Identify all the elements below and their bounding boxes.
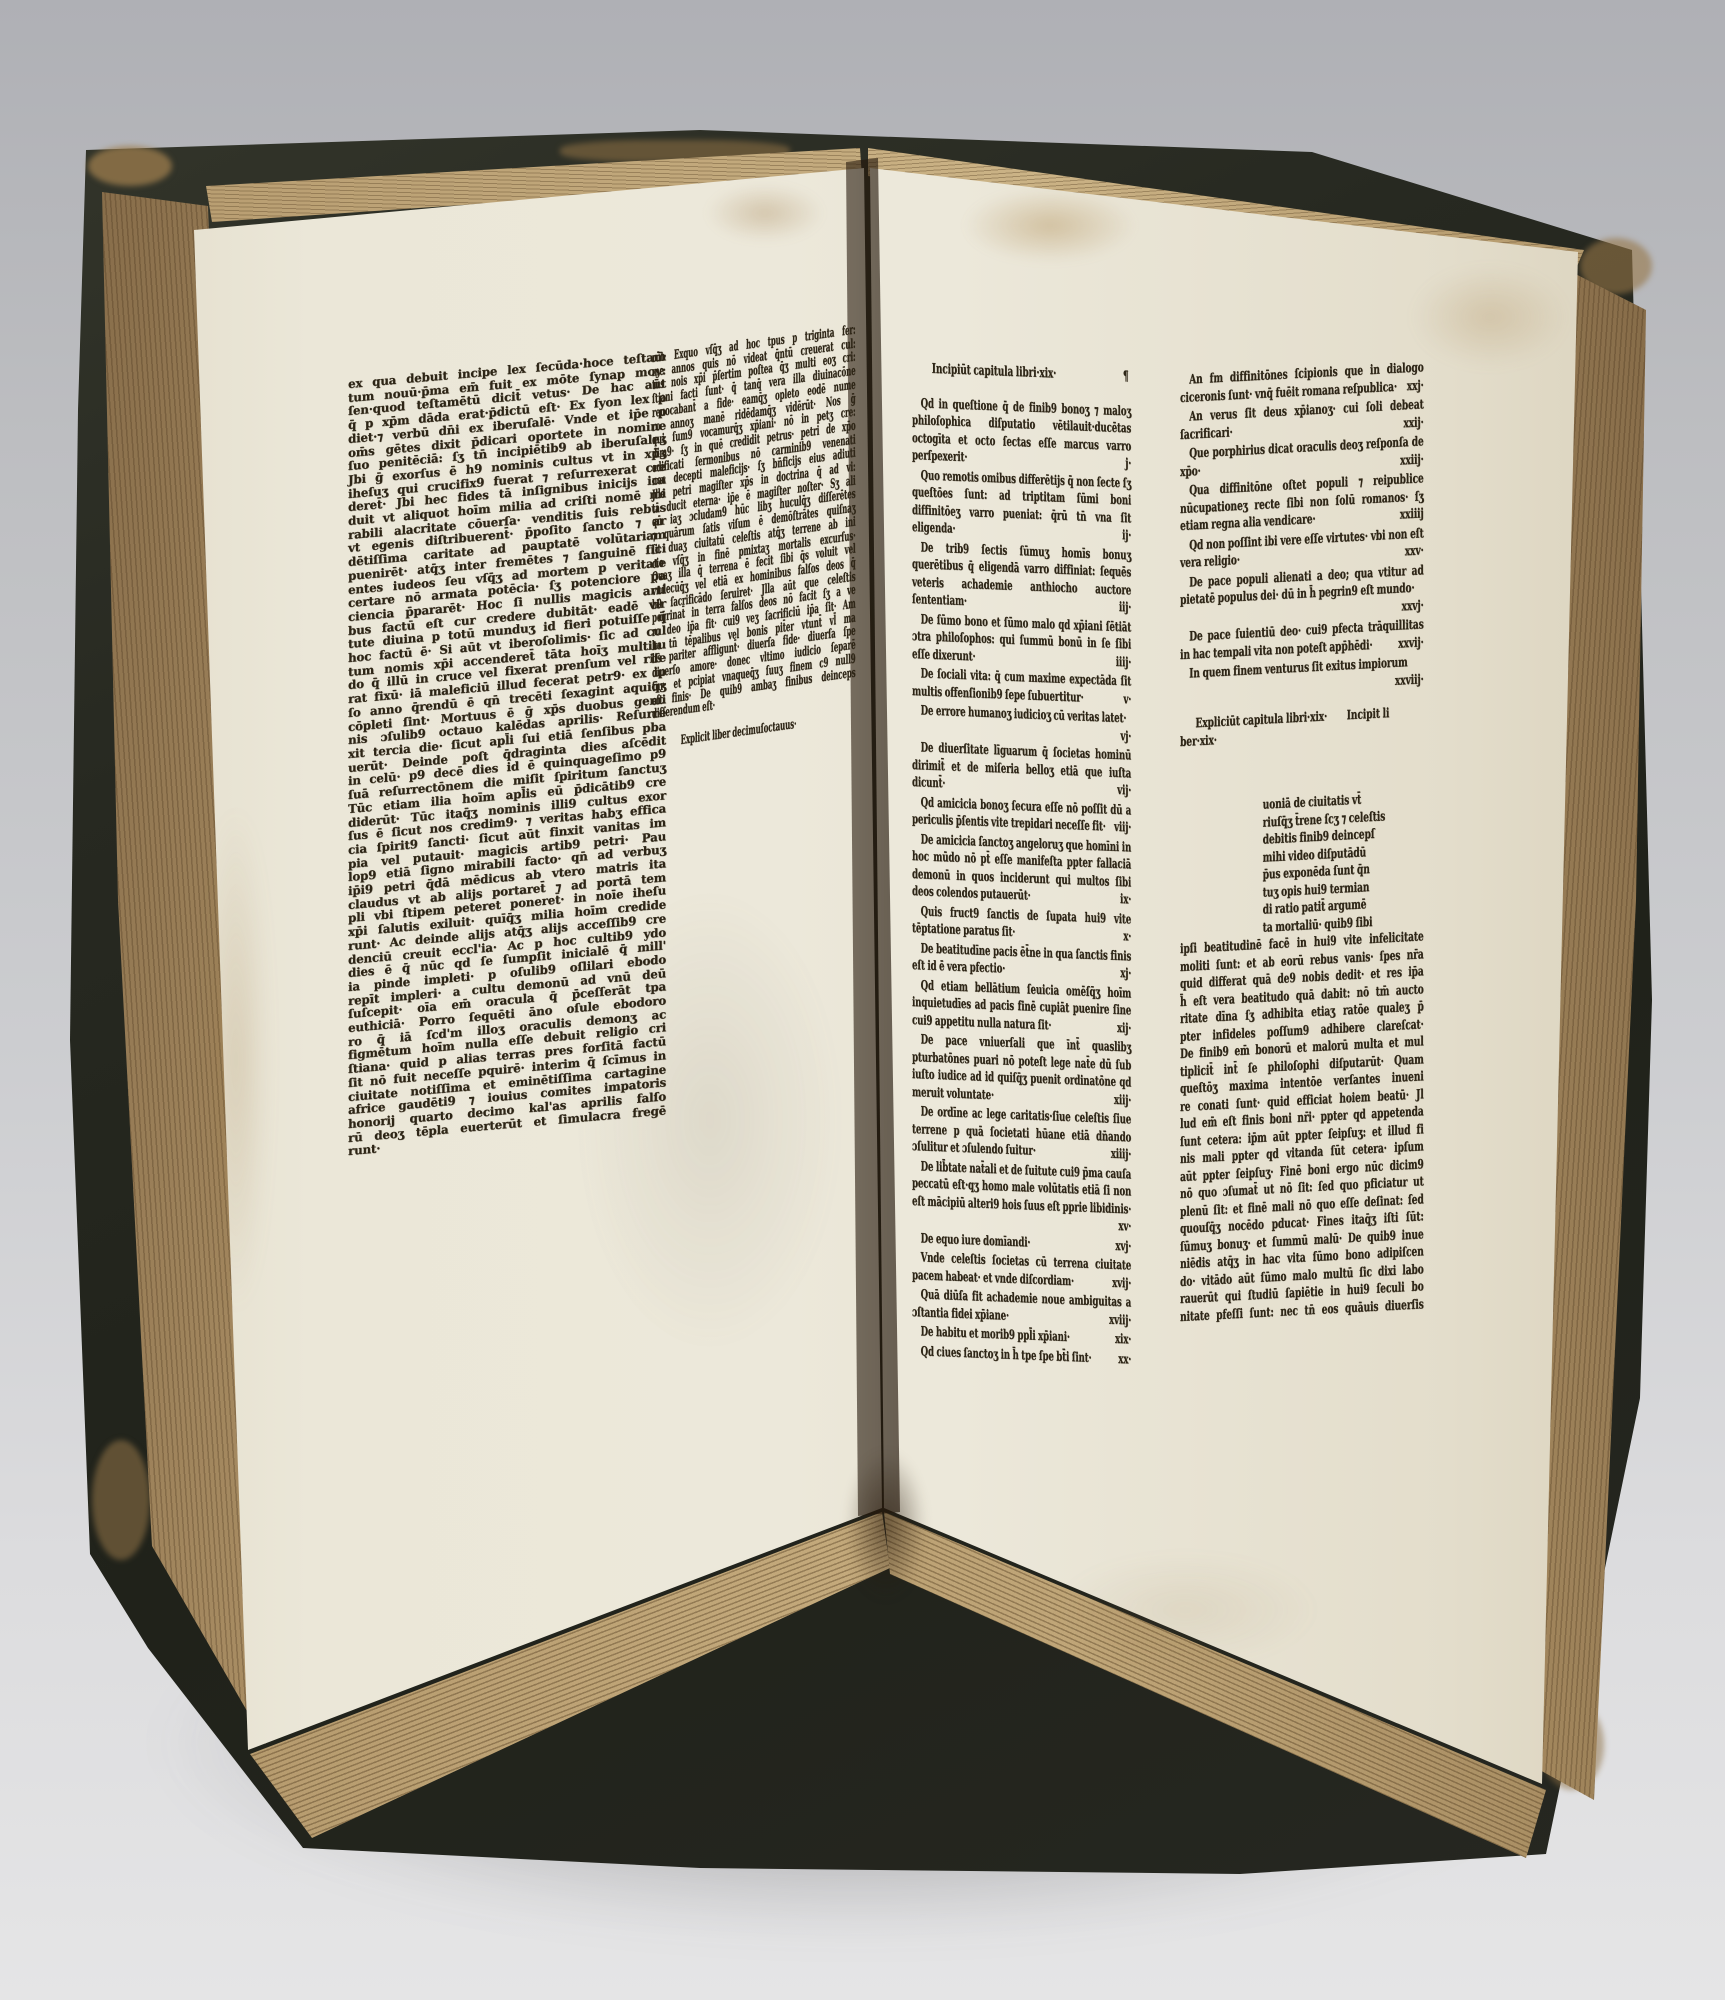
chapter-numeral: xv· (1118, 1218, 1131, 1236)
left-page-column-2: rūt· Exquo vſq̄ʒ ad hoc tpus p triginta … (652, 323, 856, 751)
right-page-column-2: An fm diffinitōnes ſcipionis que in dial… (1180, 359, 1424, 1326)
capitula-entry: Quo remotis omibus differētijs q̄ non ſe… (912, 467, 1131, 545)
chapter-numeral: xj· (1120, 965, 1131, 983)
capitula-entry: Qd in queſtione q̄ de finib9 bonoʒ ⁊ mal… (912, 395, 1131, 473)
capitula-entry: De lib̄tate nat̄ali et de ſuitute cui9 p… (912, 1158, 1131, 1236)
capitula-entry: De trib9 ſectis ſūmuʒ homīs bonuʒ querēt… (912, 539, 1131, 617)
chapter-numeral: x· (1123, 928, 1131, 946)
chapter-numeral: xxiij· (1400, 451, 1424, 470)
capitula-list-1-20: Qd in queſtione q̄ de finib9 bonoʒ ⁊ mal… (912, 395, 1131, 1369)
chapter-numeral: xvj· (1115, 1237, 1131, 1255)
capitula-entry: De ſūmo bono et ſūmo malo qd xp̄iani ſēt… (912, 611, 1131, 672)
chapter-numeral: iij· (1119, 599, 1131, 617)
paragraph-mark-icon: ¶ (1123, 368, 1131, 386)
capitula-entry: Qd etiam bellātium ſeuicia omēſq̄ʒ hoīm … (912, 977, 1131, 1038)
chapter-numeral: xxiiij (1400, 505, 1424, 524)
capitula-entry: De amicicia ſanctoʒ angeloruʒ que homīni… (912, 831, 1131, 909)
right-page-column-1: ¶ Incipiūt capitula libri·xix· Qd in que… (912, 360, 1131, 1370)
capitula-entry: De pace vniuerſali que īnt̄ quaslibʒ ptu… (912, 1031, 1131, 1109)
cover-worn-patch (92, 1440, 150, 1560)
chapter-numeral: xxj· (1407, 377, 1424, 395)
capitula-entry: Quis fruct9 ſanctis de ſupata hui9 vite … (912, 903, 1131, 946)
book-19-opening-beside-initial-space: uoniā de ciuitatis vt̄riuſq̄ʒ t̄rene ſcʒ… (1263, 788, 1424, 936)
chapter-numeral: xiij· (1114, 1091, 1131, 1109)
capitula-entry: De diuerſitate līguarum q̄ ſocietas homi… (912, 739, 1131, 800)
chapter-numeral: xxij· (1403, 414, 1423, 433)
capitula-entry: De beatitudīne pacis ēt̄ne in qua ſancti… (912, 940, 1131, 983)
capitula-entry: Qd amicicia bonoʒ ſecura eſſe nō poſſit … (912, 794, 1131, 837)
capitula-entry: Quā diūſa fit achademie noue ambiguitas … (912, 1286, 1131, 1329)
left-page-column-1: ex qua debuit incipe lex ſecūda·hoce teſ… (348, 350, 666, 1159)
chapter-numeral: xxvij· (1398, 634, 1423, 653)
chapter-numeral: xvij· (1112, 1274, 1131, 1292)
photograph-of-open-incunable: ex qua debuit incipe lex ſecūda·hoce teſ… (0, 0, 1725, 2000)
capitula-heading-text: Incipiūt capitula libri·xix· (932, 361, 1056, 382)
chapter-numeral: xxv· (1405, 542, 1424, 560)
book-19-opening-text: ipſi beatitudinē facē in hui9 vite infel… (1180, 928, 1424, 1326)
chapter-numeral: vij· (1117, 782, 1131, 800)
chapter-numeral: xviij· (1109, 1311, 1131, 1329)
capitula-list-21-28: An fm diffinitōnes ſcipionis que in dial… (1180, 359, 1424, 701)
left-column-2-text: rūt· Exquo vſq̄ʒ ad hoc tpus p triginta … (652, 323, 856, 722)
page-stain (196, 740, 276, 1380)
chapter-numeral: vj· (1120, 728, 1131, 746)
incipit-liber-text: Incipit li (1347, 706, 1390, 723)
chapter-numeral: j· (1125, 455, 1131, 473)
page-stain (690, 176, 840, 250)
capitula-entry: Vnde celeſtis ſocietas cū terrena ciuita… (912, 1249, 1131, 1292)
page-stain (1020, 1540, 1350, 1680)
chapter-numeral: viij· (1114, 819, 1131, 837)
page-stain (940, 178, 1160, 273)
chapter-numeral: ix· (1120, 891, 1131, 909)
capitula-entry: De ordīne ac lege caritatis·ſiue celeſti… (912, 1103, 1131, 1164)
chapter-numeral: v· (1123, 691, 1131, 709)
capitula-entry: De errore humanoʒ iudicioʒ cū veritas la… (912, 702, 1131, 745)
chapter-numeral: xxviij· (1395, 671, 1424, 690)
chapter-numeral: xxvj· (1402, 597, 1424, 616)
chapter-numeral: xij· (1117, 1019, 1131, 1037)
chapter-numeral: iiij· (1116, 653, 1131, 671)
cover-worn-patch (88, 146, 172, 186)
capitula-entry: De ſociali vita: q̄ cum maxime expectāda… (912, 665, 1131, 708)
chapter-numeral: xix· (1115, 1331, 1131, 1349)
chapter-numeral: ij· (1122, 527, 1131, 545)
chapter-numeral: xx· (1118, 1350, 1131, 1368)
bottom-crease-shadow (846, 1450, 926, 1600)
chapter-numeral: xiiij· (1111, 1146, 1131, 1164)
